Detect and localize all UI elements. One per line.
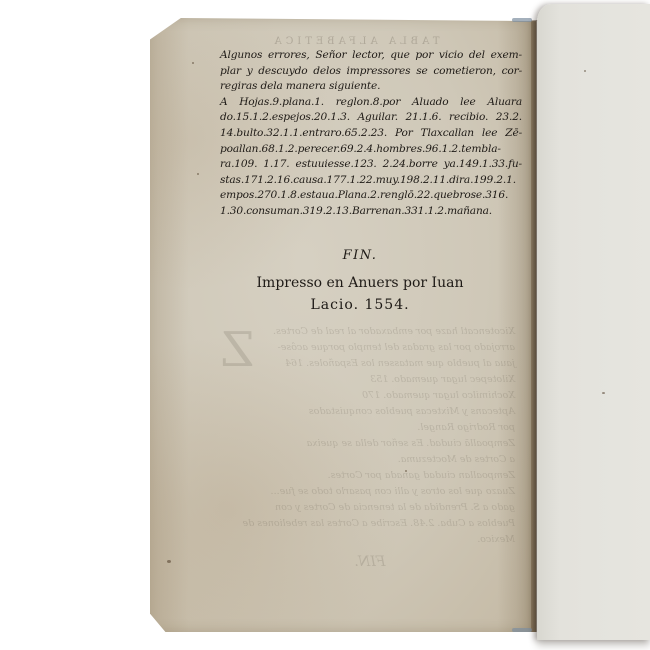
errata-line: regiras dela manera siguiente.	[220, 79, 522, 95]
colophon: Impresso en Anuers por Iuan Lacio. 1554.	[240, 272, 480, 316]
colophon-line-1: Impresso en Anuers por Iuan	[240, 272, 480, 294]
showthrough-line: jaua al pueblo que matassen los Españole…	[225, 356, 515, 372]
errata-line: plar y descuydo delos impressores se com…	[220, 64, 522, 80]
showthrough-line: Zempoallan ciudad ganada por Cortes.	[225, 468, 515, 484]
showthrough-line: arrojado por las gradas del templo porqu…	[225, 340, 515, 356]
running-head-showthrough: TABLA ALFABETICA	[225, 36, 485, 47]
showthrough-line: Zempoallā ciudad. Es señor della se quei…	[225, 436, 515, 452]
errata-line: empos.270.1.8.estaua.Plana.2.renglō.22.q…	[220, 188, 522, 204]
showthrough-line: Pueblos a Cuba. 2.48. Escribe a Cortes l…	[225, 516, 515, 532]
showthrough-line: Xicotencatl haze por embaxador al real d…	[225, 324, 515, 340]
showthrough-line: Xochimilco lugar quemado. 170	[225, 388, 515, 404]
showthrough-line: a Cortes de Moctezuma.	[225, 452, 515, 468]
right-page-blank	[537, 4, 650, 640]
showthrough-line: Xilotepec lugar quemado. 153	[225, 372, 515, 388]
errata-line: stas.171.2.16.causa.177.1.22.muy.198.2.1…	[220, 173, 522, 189]
errata-line: Algunos errores, Señor lector, que por v…	[220, 48, 522, 64]
showthrough-line: Aptecans y Mixtecas pueblos conquistados	[225, 404, 515, 420]
showthrough-line: FIN.	[225, 554, 515, 570]
errata-line: ra.109. 1.17. estuuiesse.123. 2.24.borre…	[220, 157, 522, 173]
showthrough-line: gado a S. Prendida de la tenencia de Cor…	[225, 500, 515, 516]
cover-edge-bottom	[512, 628, 532, 632]
errata-line: do.15.1.2.espejos.20.1.3. Aguilar. 21.1.…	[220, 110, 522, 126]
errata-line: poallan.68.1.2.perecer.69.2.4.hombres.96…	[220, 142, 522, 158]
errata-line: A Hojas.9.plana.1. reglon.8.por Aluado l…	[220, 95, 522, 111]
colophon-line-2: Lacio. 1554.	[240, 294, 480, 316]
showthrough-line: Zuazo que los otros y alli con pasarlo t…	[225, 484, 515, 500]
errata-text-block: Algunos errores, Señor lector, que por v…	[220, 48, 522, 220]
showthrough-initial: Z	[221, 342, 254, 358]
showthrough-line: por Rodrigo Rangel.	[225, 420, 515, 436]
errata-line: 1.30.consuman.319.2.13.Barrenan.331.1.2.…	[220, 204, 522, 220]
errata-line: 14.bulto.32.1.1.entraro.65.2.23. Por Tla…	[220, 126, 522, 142]
showthrough-line: Mexico.	[225, 532, 515, 548]
fin-heading: FIN.	[240, 248, 480, 263]
cover-edge-top	[512, 18, 532, 22]
